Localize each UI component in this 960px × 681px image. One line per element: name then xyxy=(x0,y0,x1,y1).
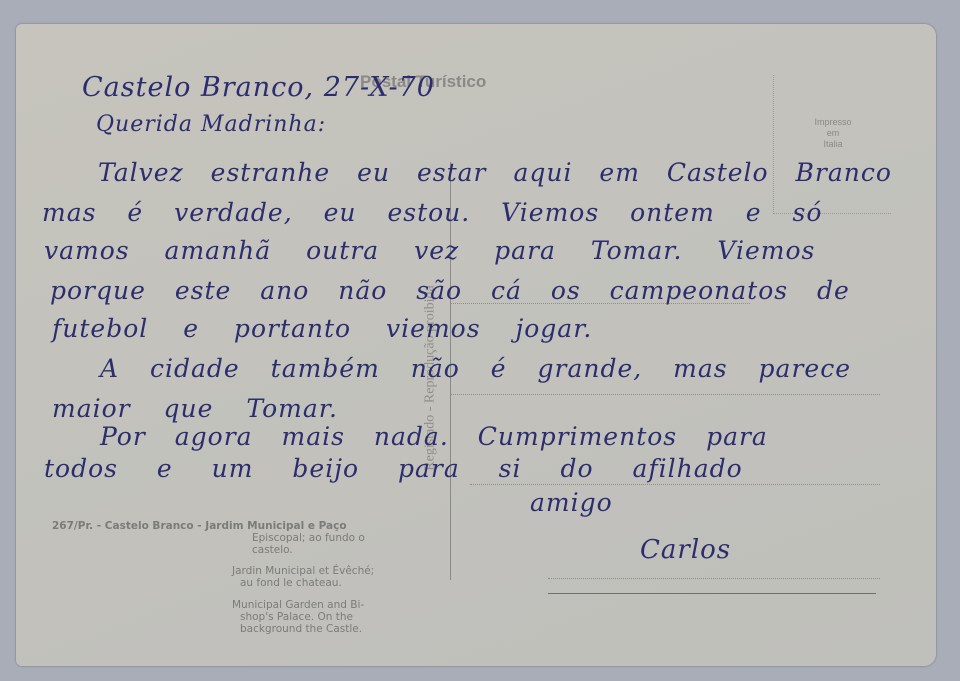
caption-line: background the Castle. xyxy=(232,623,410,635)
caption-line: castelo. xyxy=(232,544,410,556)
stamp-text-line: em xyxy=(793,128,873,139)
caption-english: Municipal Garden and Bi- shop's Palace. … xyxy=(232,599,410,635)
caption-line: Jardin Municipal et Évêché; xyxy=(232,565,410,577)
caption-french: Jardin Municipal et Évêché; au fond le c… xyxy=(232,565,410,589)
stamp-text-line: Impresso xyxy=(793,117,873,128)
message-line: futebol e portanto viemos jogar. xyxy=(52,314,592,343)
caption-portuguese-head: 267/Pr. - Castelo Branco - Jardim Munici… xyxy=(52,520,347,532)
greeting: Querida Madrinha: xyxy=(96,112,326,137)
caption-line: Municipal Garden and Bi- xyxy=(232,599,410,611)
message-line: Talvez estranhe eu estar aqui em Castelo… xyxy=(98,158,892,187)
signature: Carlos xyxy=(640,535,731,565)
printed-in-italy-label: Impresso em Italia xyxy=(793,117,873,150)
date-line: Castelo Branco, 27-X-70 xyxy=(82,72,435,103)
address-line-solid xyxy=(548,593,876,594)
address-line-4 xyxy=(548,578,880,579)
message-line: todos e um beijo para si do afilhado xyxy=(44,454,743,483)
address-line-2 xyxy=(450,394,880,395)
message-line: maior que Tomar. xyxy=(52,394,338,423)
caption-portuguese: Episcopal; ao fundo o castelo. xyxy=(232,532,410,556)
message-line: A cidade também não é grande, mas parece xyxy=(100,354,851,383)
caption-line: Episcopal; ao fundo o xyxy=(232,532,410,544)
stamp-text-line: Italia xyxy=(793,139,873,150)
message-line: porque este ano não são cá os campeonato… xyxy=(50,276,850,305)
caption-line: shop's Palace. On the xyxy=(232,611,410,623)
message-line: vamos amanhã outra vez para Tomar. Viemo… xyxy=(44,236,815,265)
address-line-3 xyxy=(470,484,880,485)
caption-line: au fond le chateau. xyxy=(232,577,410,589)
message-line: mas é verdade, eu estou. Viemos ontem e … xyxy=(42,198,822,227)
message-line: Por agora mais nada. Cumprimentos para xyxy=(100,422,768,451)
closing: amigo xyxy=(530,488,613,517)
